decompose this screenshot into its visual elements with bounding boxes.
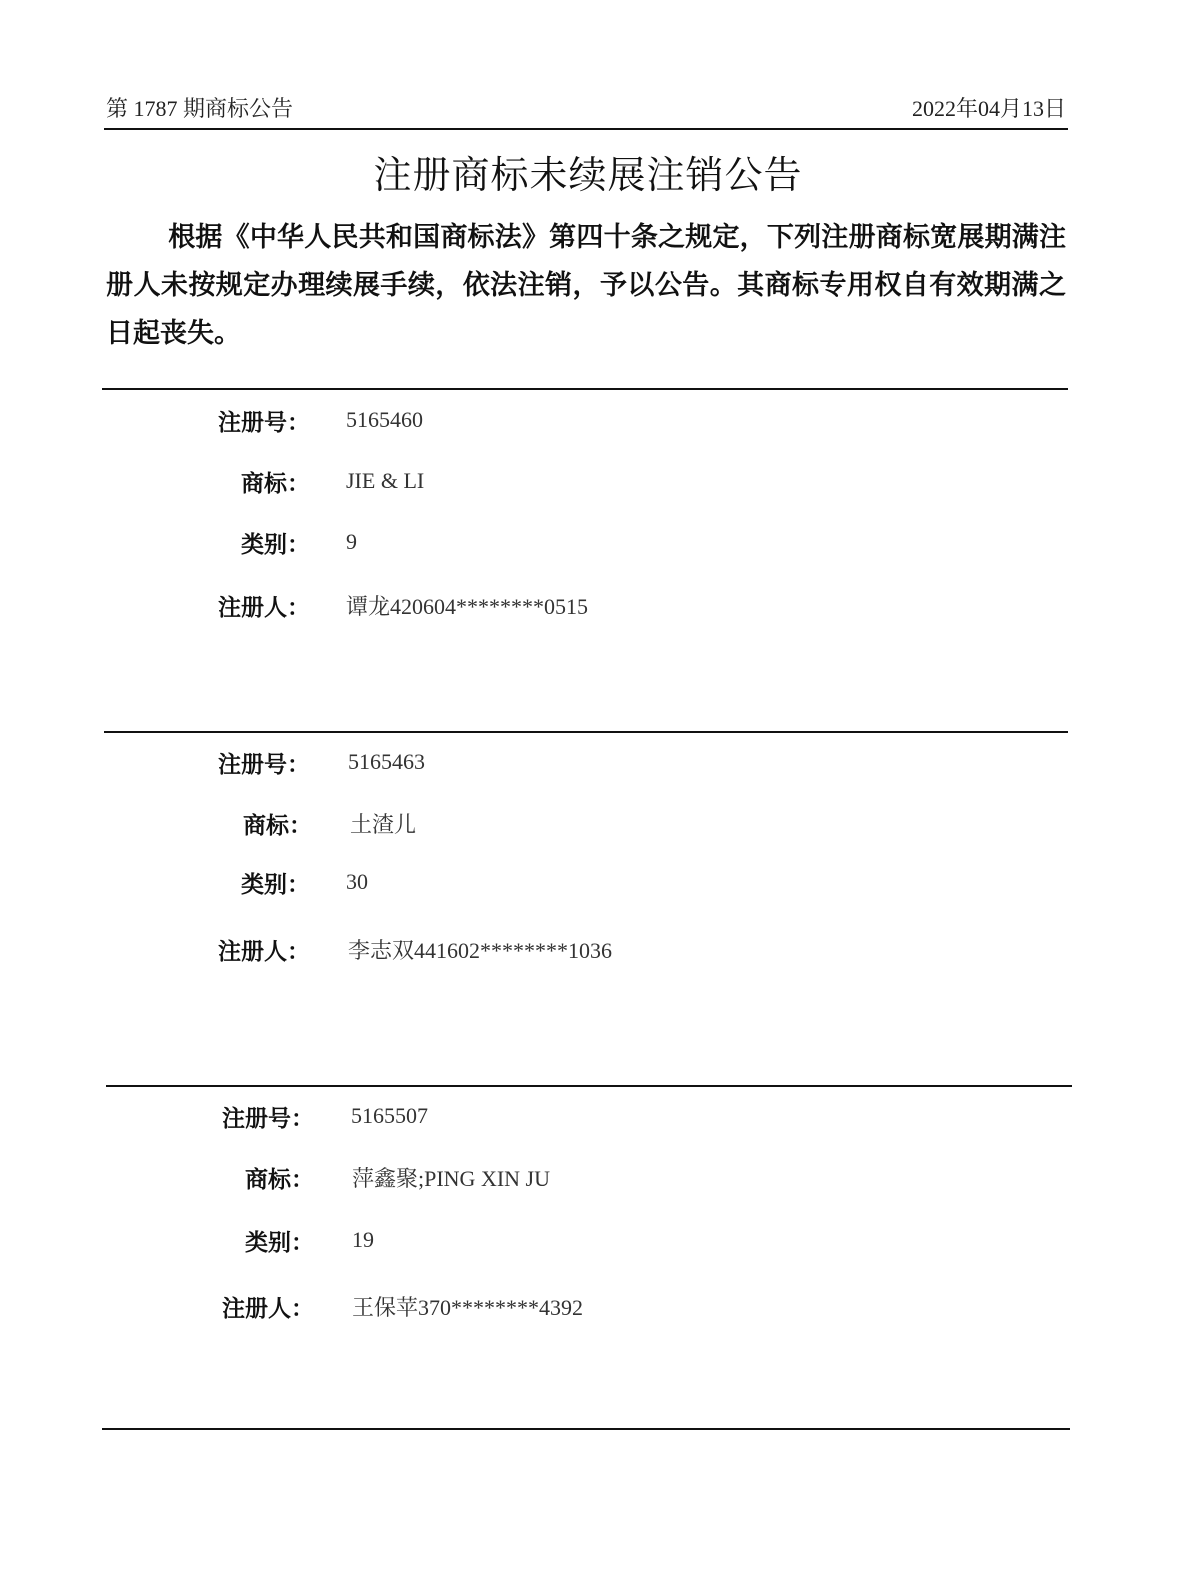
registrant-value: 谭龙420604********0515 [346, 590, 588, 621]
trademark-label: 商标： [0, 465, 310, 498]
class-label: 类别： [0, 526, 310, 559]
record-divider [102, 388, 1068, 390]
record-divider [106, 1085, 1072, 1087]
page-title: 注册商标未续展注销公告 [0, 144, 1176, 199]
registrant-label: 注册人： [0, 933, 310, 966]
reg-no-label: 注册号： [0, 404, 310, 437]
intro-paragraph: 根据《中华人民共和国商标法》第四十条之规定，下列注册商标宽展期满注册人未按规定办… [106, 214, 1066, 358]
issue-number: 第 1787 期商标公告 [106, 92, 293, 123]
reg-no-label: 注册号： [0, 1100, 314, 1133]
footer-divider [102, 1428, 1070, 1430]
class-value: 30 [346, 869, 368, 895]
registrant-value: 李志双441602********1036 [348, 934, 612, 965]
trademark-value: JIE & LI [346, 468, 424, 494]
reg-no-value: 5165507 [351, 1103, 428, 1129]
registrant-label: 注册人： [0, 1290, 314, 1323]
reg-no-label: 注册号： [0, 746, 310, 779]
class-value: 9 [346, 529, 357, 555]
reg-no-value: 5165460 [346, 407, 423, 433]
class-label: 类别： [0, 866, 310, 899]
record-divider [104, 731, 1068, 733]
reg-no-value: 5165463 [348, 749, 425, 775]
registrant-value: 王保苹370********4392 [352, 1291, 583, 1322]
trademark-label: 商标： [0, 1161, 314, 1194]
trademark-value: 萍鑫聚;PING XIN JU [352, 1162, 550, 1193]
trademark-label: 商标： [0, 807, 312, 840]
class-value: 19 [352, 1227, 374, 1253]
header-divider [104, 128, 1068, 130]
registrant-label: 注册人： [0, 589, 310, 622]
trademark-value: 土渣儿 [350, 808, 416, 839]
class-label: 类别： [0, 1224, 314, 1257]
intro-text: 根据《中华人民共和国商标法》第四十条之规定，下列注册商标宽展期满注册人未按规定办… [106, 222, 1066, 349]
publication-date: 2022年04月13日 [912, 92, 1066, 123]
